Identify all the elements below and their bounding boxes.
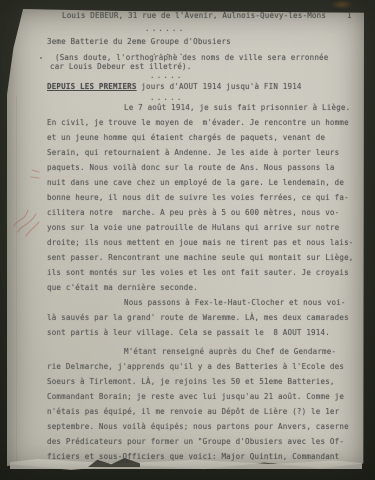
doc-line: nuit dans une cave chez un employé de la… xyxy=(47,178,344,188)
doc-line: là sauvés par la grand' route de Waremme… xyxy=(47,313,349,323)
doc-line: En civil, je trouve le moyen de m'évader… xyxy=(47,118,349,128)
page-number: 1 xyxy=(347,11,352,21)
doc-line: paquets. Nous voilà donc sur la route de… xyxy=(47,163,335,173)
stain-top-right xyxy=(331,0,353,9)
doc-header-line: Louis DEBEUR, 31 rue de l'Avenir, Aulnoi… xyxy=(62,11,326,21)
doc-line: Commandant Borain; je reste avec lui jus… xyxy=(47,392,344,402)
doc-line: Serain, qui retournaient à Andenne. Je l… xyxy=(47,148,339,158)
section-heading-emphasis: DEPUIS LES PREMIERS xyxy=(47,82,137,91)
doc-line: Le 7 août 1914, je suis fait prisonnier … xyxy=(124,103,350,113)
photographed-typewritten-page: Louis DEBEUR, 31 rue de l'Avenir, Aulnoi… xyxy=(0,0,375,480)
doc-line: sent passer. Rencontrant une machine seu… xyxy=(47,253,354,263)
doc-line: yons sur la voie une patrouille de Hulan… xyxy=(47,223,339,233)
doc-line: Soeurs à Tirlemont. LÀ, je rejoins les 5… xyxy=(47,377,335,387)
doc-line: ficiers et sous-Officiers que voici: Maj… xyxy=(47,452,339,462)
doc-line: rie Delmarche, j'apprends qu'il y a des … xyxy=(47,362,344,372)
doc-line: ils sont montés sur les voies et les ont… xyxy=(47,268,349,278)
doc-line: cilitera notre marche. A peu près à 5 ou… xyxy=(47,208,339,218)
doc-line: M'étant renseigné auprès du Chef de Gend… xyxy=(124,347,336,357)
doc-line: que c'était ma dernière seconde. xyxy=(47,283,198,293)
section-heading-rest: jours d'AOUT 1914 jusqu'à FIN 1914 xyxy=(137,82,302,91)
section-heading: DEPUIS LES PREMIERS jours d'AOUT 1914 ju… xyxy=(47,82,302,92)
doc-line: bonne heure, il nous dit de suivre les v… xyxy=(47,193,349,203)
unit-line: 3eme Batterie du 2eme Groupe d'Obusiers xyxy=(47,37,231,47)
doc-line: n'étais pas équipé, il me renvoie au Dép… xyxy=(47,407,339,417)
paper-speck xyxy=(40,57,42,59)
red-pencil-annotation xyxy=(6,160,46,246)
faint-margin-rule xyxy=(16,95,17,461)
doc-line: septembre. Nous voilà équipés; nous part… xyxy=(47,422,349,432)
dot-separator: ..... xyxy=(150,71,184,81)
doc-line: droite; ils nous mettent en joue mais ne… xyxy=(47,238,354,248)
doc-line: Nous passons à Fex-le-Haut-Clocher et no… xyxy=(124,298,346,308)
dot-separator: ...... xyxy=(145,24,185,34)
dot-separator: ..... xyxy=(150,93,184,103)
doc-line: des Prédicateurs pour former un "Groupe … xyxy=(47,437,344,447)
doc-line: et un jeune homme qui étaient chargés de… xyxy=(47,133,325,143)
doc-line: sont partis à leur village. Cela se pass… xyxy=(47,328,330,338)
